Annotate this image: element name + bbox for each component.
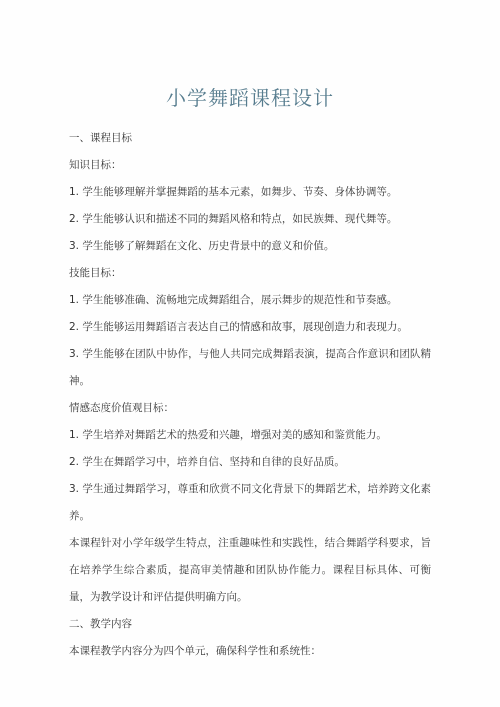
- paragraph-skill-item-2: 2. 学生能够运用舞蹈语言表达自己的情感和故事，展现创造力和表现力。: [69, 314, 431, 341]
- paragraph-affective-item-3: 3. 学生通过舞蹈学习，尊重和欣赏不同文化背景下的舞蹈艺术，培养跨文化素养。: [69, 476, 431, 530]
- paragraph-teaching-content-intro: 本课程教学内容分为四个单元，确保科学性和系统性：: [69, 638, 431, 665]
- paragraph-knowledge-item-1: 1. 学生能够理解并掌握舞蹈的基本元素，如舞步、节奏、身体协调等。: [69, 179, 431, 206]
- paragraph-knowledge-item-2: 2. 学生能够认识和描述不同的舞蹈风格和特点，如民族舞、现代舞等。: [69, 206, 431, 233]
- section-heading-course-goals: 一、课程目标: [69, 125, 431, 152]
- subheading-affective-goals: 情感态度价值观目标：: [69, 395, 431, 422]
- paragraph-affective-item-2: 2. 学生在舞蹈学习中，培养自信、坚持和自律的良好品质。: [69, 449, 431, 476]
- section-heading-teaching-content: 二、教学内容: [69, 611, 431, 638]
- document-page: 小学舞蹈课程设计 一、课程目标 知识目标： 1. 学生能够理解并掌握舞蹈的基本元…: [0, 0, 500, 707]
- paragraph-course-summary: 本课程针对小学年级学生特点，注重趣味性和实践性，结合舞蹈学科要求，旨在培养学生综…: [69, 530, 431, 611]
- paragraph-affective-item-1: 1. 学生培养对舞蹈艺术的热爱和兴趣，增强对美的感知和鉴赏能力。: [69, 422, 431, 449]
- subheading-skill-goals: 技能目标：: [69, 260, 431, 287]
- paragraph-knowledge-item-3: 3. 学生能够了解舞蹈在文化、历史背景中的意义和价值。: [69, 233, 431, 260]
- document-body: 一、课程目标 知识目标： 1. 学生能够理解并掌握舞蹈的基本元素，如舞步、节奏、…: [69, 125, 431, 665]
- paragraph-skill-item-1: 1. 学生能够准确、流畅地完成舞蹈组合，展示舞步的规范性和节奏感。: [69, 287, 431, 314]
- subheading-knowledge-goals: 知识目标：: [69, 152, 431, 179]
- document-title: 小学舞蹈课程设计: [0, 84, 500, 113]
- paragraph-skill-item-3: 3. 学生能够在团队中协作，与他人共同完成舞蹈表演，提高合作意识和团队精神。: [69, 341, 431, 395]
